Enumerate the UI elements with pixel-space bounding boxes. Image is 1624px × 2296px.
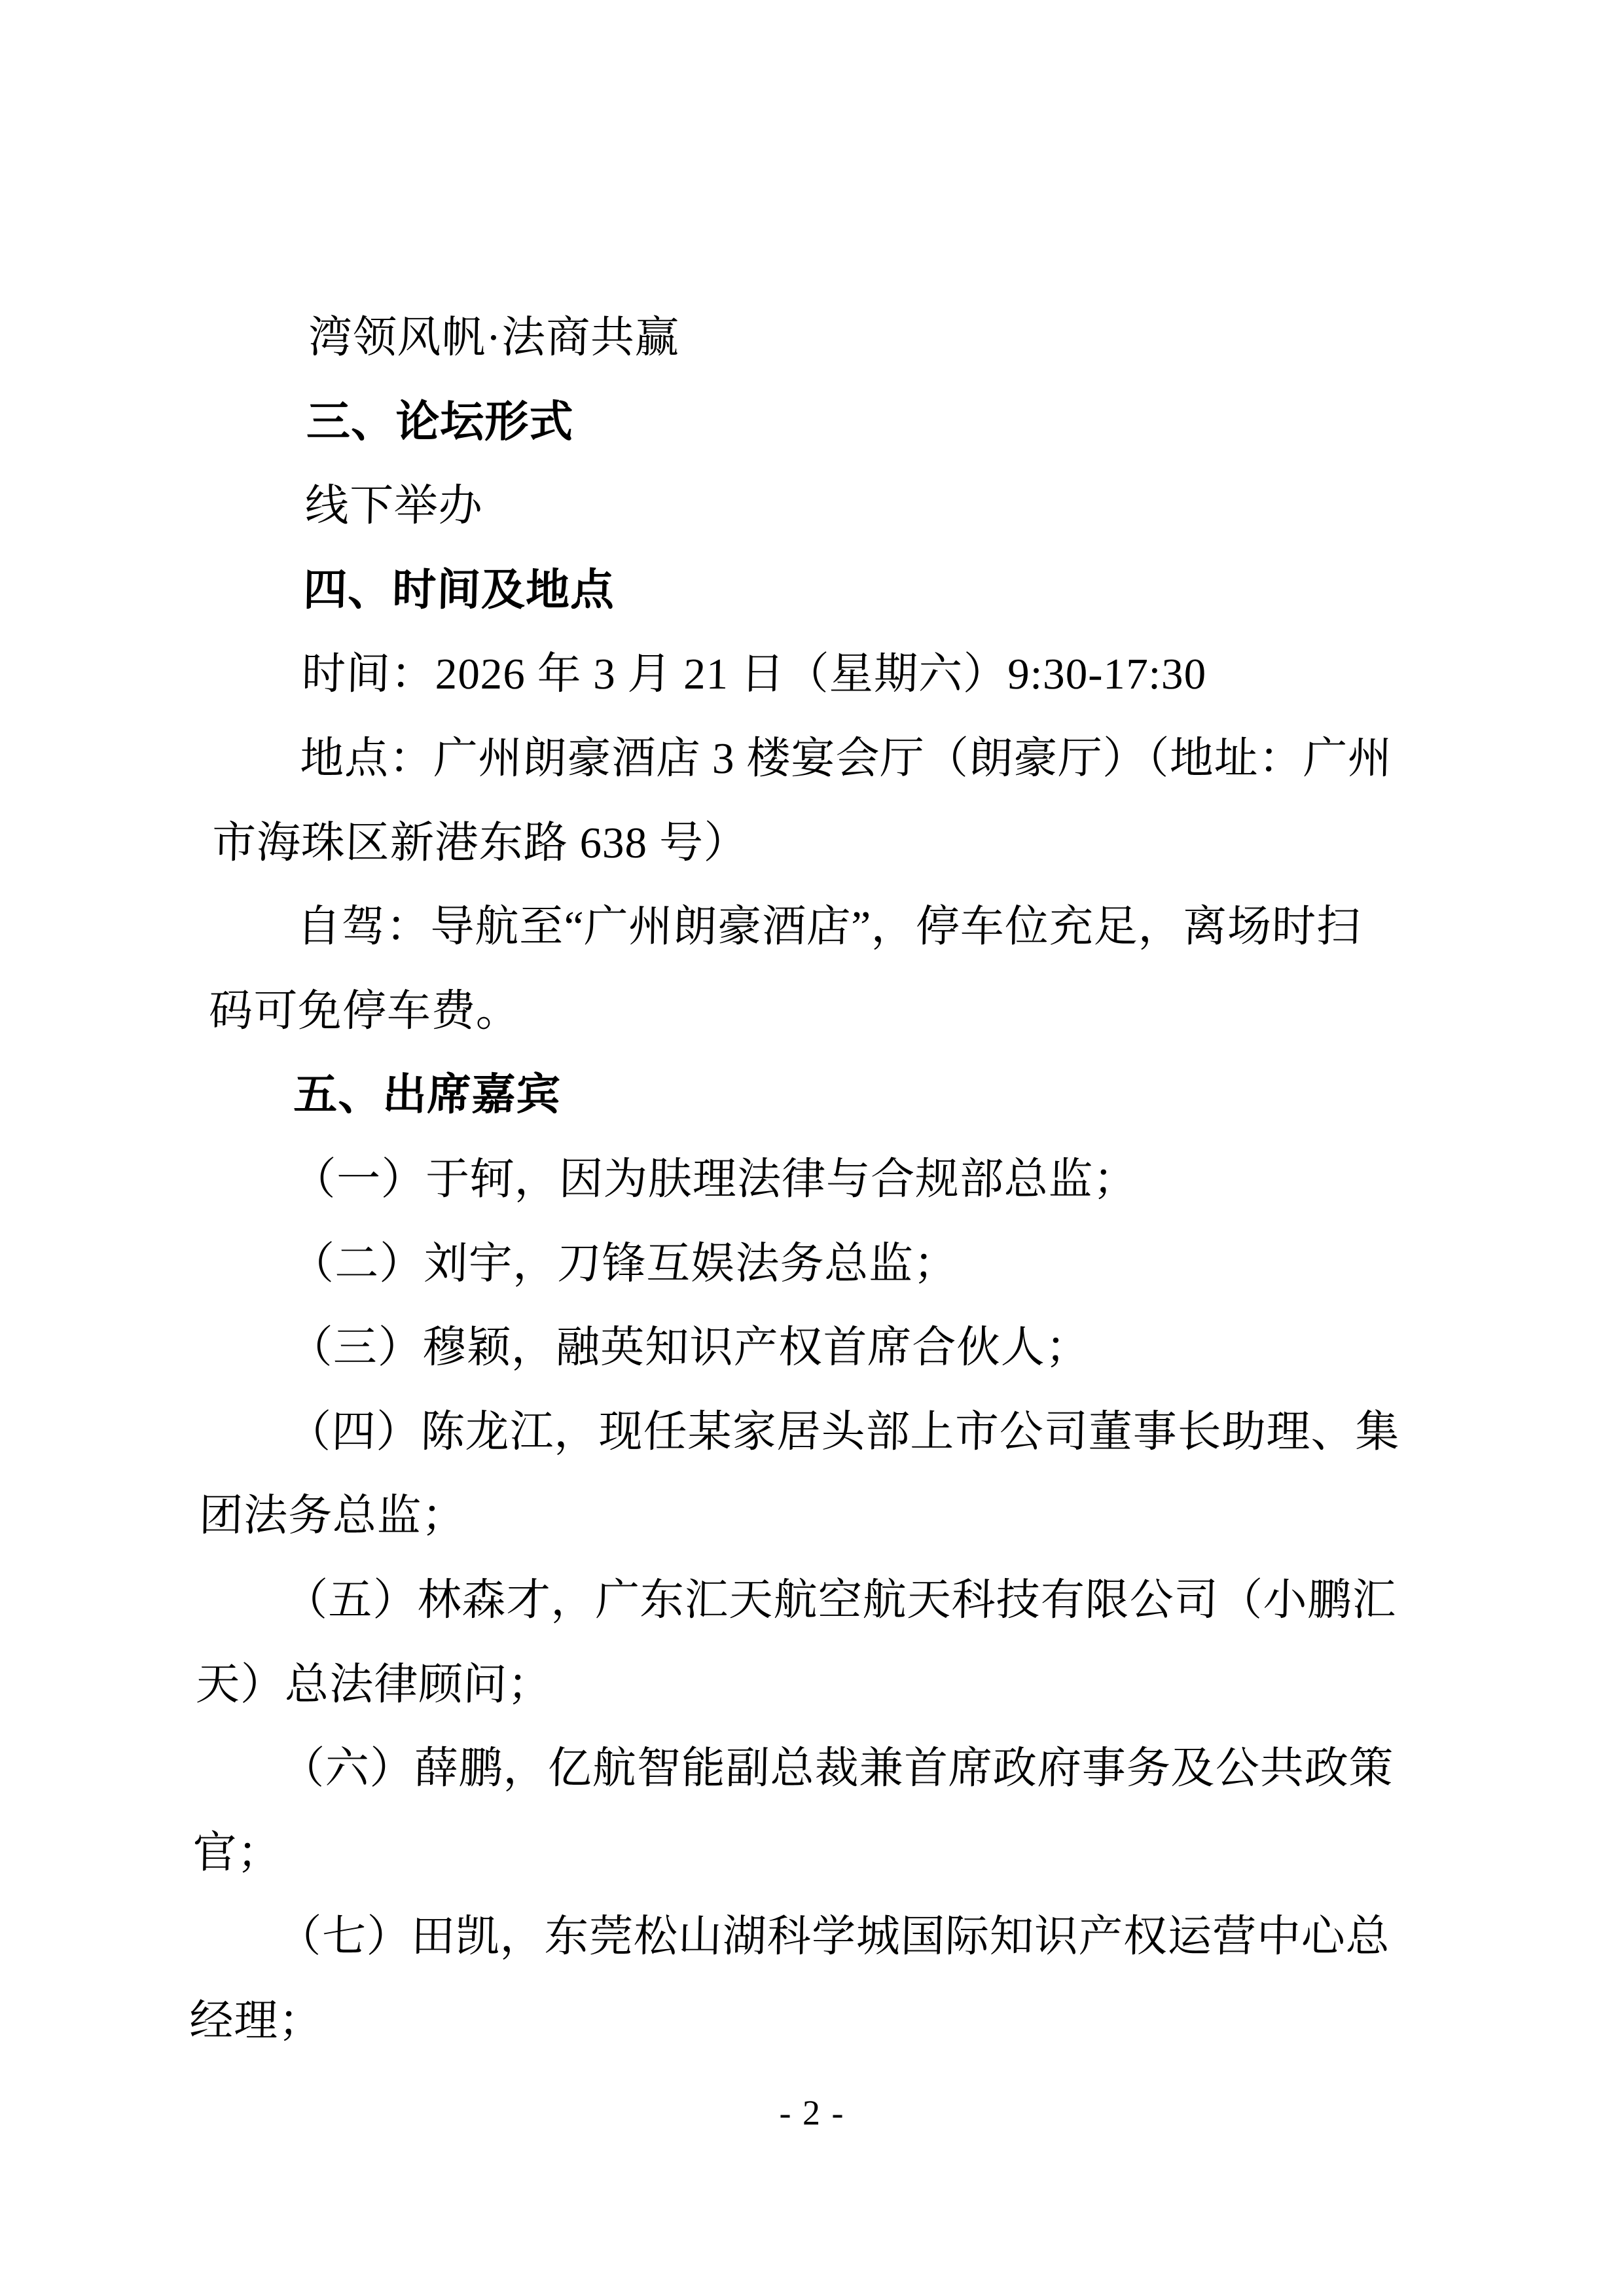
text-line: （二）刘宇，刀锋互娱法务总监；	[203, 1222, 1422, 1306]
text-line: （六）薛鹏，亿航智能副总裁兼首席政府事务及公共政策	[194, 1727, 1413, 1811]
text-line: （一）于轲，因为肤理法律与合规部总监；	[205, 1138, 1424, 1222]
section-heading-line: 四、时间及地点	[216, 548, 1435, 633]
text-line: 经理；	[189, 1979, 1407, 2064]
text-line: 自驾：导航至“广州朗豪酒店”，停车位充足，离场时扫	[209, 885, 1428, 969]
text-line: 码可免停车费。	[208, 969, 1427, 1054]
section-heading-line: 三、论坛形式	[219, 380, 1438, 465]
text-line: 团法务总监；	[198, 1474, 1417, 1558]
text-line: 线下举办	[218, 464, 1437, 548]
text-line: 官；	[192, 1811, 1411, 1895]
page-number: - 2 -	[0, 2093, 1624, 2132]
text-line: （七）田凯，东莞松山湖科学城国际知识产权运营中心总	[190, 1895, 1409, 1979]
text-line: 天）总法律顾问；	[195, 1643, 1414, 1727]
text-line: （四）陈龙江，现任某家居头部上市公司董事长助理、集	[200, 1390, 1418, 1475]
text-line: （五）林森才，广东汇天航空航天科技有限公司（小鹏汇	[196, 1558, 1415, 1643]
document-body-text: 湾领风帆·法商共赢三、论坛形式线下举办四、时间及地点时间：2026 年 3 月 …	[189, 296, 1440, 2063]
text-line: （三）穆颖，融英知识产权首席合伙人；	[202, 1306, 1420, 1390]
document-page: 湾领风帆·法商共赢三、论坛形式线下举办四、时间及地点时间：2026 年 3 月 …	[0, 0, 1624, 2296]
text-line: 地点：广州朗豪酒店 3 楼宴会厅（朗豪厅）（地址：广州	[213, 717, 1432, 801]
text-line: 市海珠区新港东路 638 号）	[211, 801, 1430, 886]
text-line: 湾领风帆·法商共赢	[221, 296, 1440, 380]
text-line: 时间：2026 年 3 月 21 日（星期六）9:30-17:30	[215, 632, 1434, 717]
section-heading-line: 五、出席嘉宾	[206, 1053, 1425, 1138]
